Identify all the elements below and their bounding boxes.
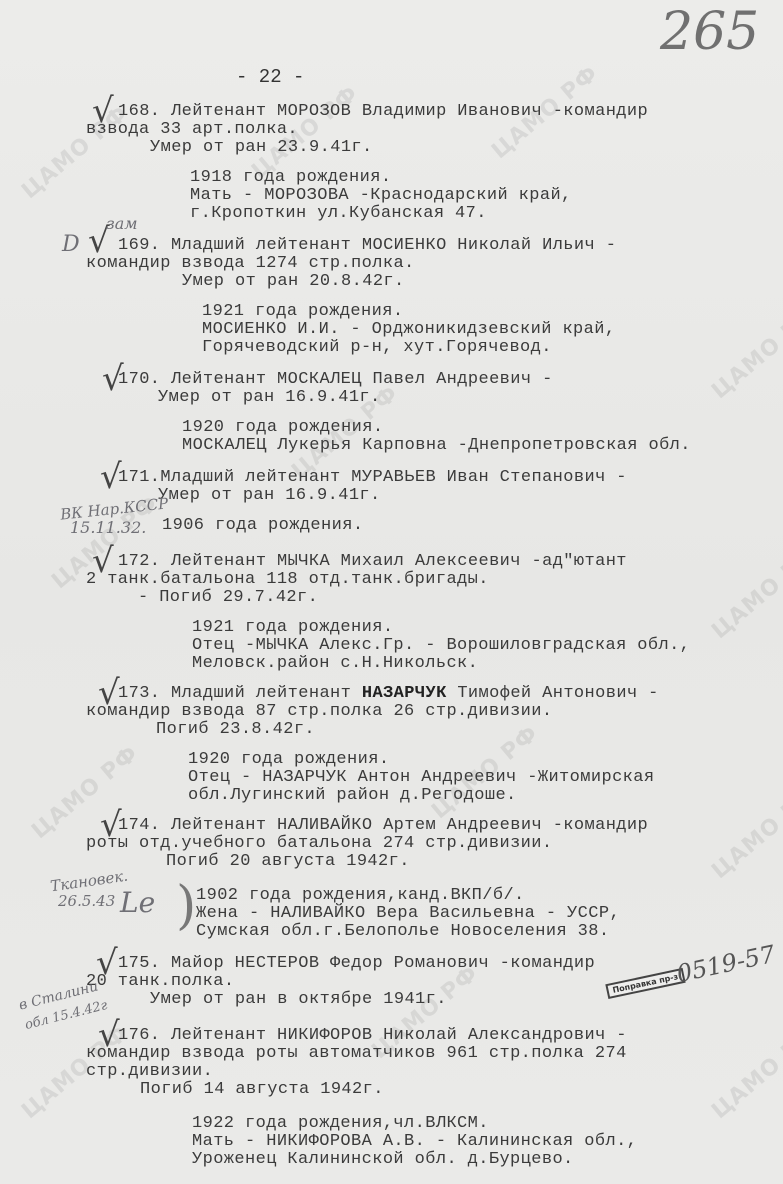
entry-172-line: 1921 года рождения.: [192, 618, 393, 637]
entry-175-line: Умер от ран в октябре 1941г.: [150, 990, 447, 1009]
entry-175: 175. Майор НЕСТЕРОВ Федор Романович -ком…: [118, 954, 595, 973]
surname-bold: НАЗАРЧУК: [362, 684, 447, 703]
entry-176-line: Погиб 14 августа 1942г.: [140, 1080, 384, 1099]
entry-174-line: Погиб 20 августа 1942г.: [166, 852, 410, 871]
entry-171-line: 1906 года рождения.: [162, 516, 363, 535]
entry-174-line: Сумская обл.г.Белополье Новоселения 38.: [196, 922, 609, 941]
entry-173: 173. Младший лейтенант НАЗАРЧУК Тимофей …: [118, 684, 659, 703]
correction-stamp: Поправка пр-з: [605, 968, 685, 999]
bracket-mark: ): [176, 876, 196, 936]
watermark: ЦАМО РФ: [707, 541, 783, 644]
entry-176-line: Уроженец Калининской обл. д.Бурцево.: [192, 1150, 574, 1169]
entry-172-line: Отец -МЫЧКА Алекс.Гр. - Ворошиловградска…: [192, 636, 690, 655]
handwritten-mark: Le: [120, 886, 155, 919]
handwritten-note: зам: [106, 214, 138, 233]
entry-174-line: роты отд.учебного батальона 274 стр.диви…: [86, 834, 552, 853]
entry-169-line: Горячеводский р-н, хут.Горячевод.: [202, 338, 552, 357]
entry-170-line: МОСКАЛЕЦ Лукерья Карповна -Днепропетровс…: [182, 436, 691, 455]
entry-172-line: 2 танк.батальона 118 отд.танк.бригады.: [86, 570, 489, 589]
archive-page-number: 265: [660, 2, 759, 62]
entry-173-line: Отец - НАЗАРЧУК Антон Андреевич -Житомир…: [188, 768, 654, 787]
handwritten-note: 26.5.43: [58, 892, 115, 910]
entry-173-line: Погиб 23.8.42г.: [156, 720, 315, 739]
entry-172-line: - Погиб 29.7.42г.: [138, 588, 318, 607]
entry-175-line: 20 танк.полка.: [86, 972, 234, 991]
entry-169: 169. Младший лейтенант МОСИЕНКО Николай …: [118, 236, 616, 255]
stamp-number: 0519-57: [674, 940, 777, 988]
handwritten-mark: D: [62, 232, 80, 257]
entry-169-line: 1921 года рождения.: [202, 302, 403, 321]
entry-172-line: Меловск.район с.Н.Никольск.: [192, 654, 478, 673]
watermark: ЦАМО РФ: [17, 101, 133, 204]
entry-174-line: Жена - НАЛИВАЙКО Вера Васильевна - УССР,: [196, 904, 620, 923]
entry-174-line: 1902 года рождения,канд.ВКП/б/.: [196, 886, 525, 905]
entry-171: 171.Младший лейтенант МУРАВЬЕВ Иван Степ…: [118, 468, 627, 487]
entry-168-line: Умер от ран 23.9.41г.: [150, 138, 373, 157]
entry-176: 176. Лейтенант НИКИФОРОВ Николай Алексан…: [118, 1026, 627, 1045]
entry-169-line: Умер от ран 20.8.42г.: [182, 272, 405, 291]
entry-172: 172. Лейтенант МЫЧКА Михаил Алексеевич -…: [118, 552, 627, 571]
entry-168-line: 1918 года рождения.: [190, 168, 391, 187]
watermark: ЦАМО РФ: [707, 781, 783, 884]
entry-173-line: 1920 года рождения.: [188, 750, 389, 769]
watermark: ЦАМО РФ: [707, 301, 783, 404]
watermark: ЦАМО РФ: [707, 1021, 783, 1124]
entry-176-line: командир взвода роты автоматчиков 961 ст…: [86, 1044, 627, 1063]
entry-176-line: Мать - НИКИФОРОВА А.В. - Калининская обл…: [192, 1132, 637, 1151]
entry-168: 168. Лейтенант МОРОЗОВ Владимир Иванович…: [118, 102, 648, 121]
entry-171-line: Умер от ран 16.9.41г.: [158, 486, 381, 505]
entry-169-line: МОСИЕНКО И.И. - Орджоникидзевский край,: [202, 320, 615, 339]
entry-169-line: командир взвода 1274 стр.полка.: [86, 254, 415, 273]
entry-170-line: Умер от ран 16.9.41г.: [158, 388, 381, 407]
entry-174: 174. Лейтенант НАЛИВАЙКО Артем Андреевич…: [118, 816, 648, 835]
entry-173-line: командир взвода 87 стр.полка 26 стр.диви…: [86, 702, 552, 721]
entry-176-line: 1922 года рождения,чл.ВЛКСМ.: [192, 1114, 489, 1133]
entry-168-line: Мать - МОРОЗОВА -Краснодарский край,: [190, 186, 572, 205]
entry-170: 170. Лейтенант МОСКАЛЕЦ Павел Андреевич …: [118, 370, 553, 389]
archive-document-page: ЦАМО РФ ЦАМО РФ ЦАМО РФ ЦАМО РФ ЦАМО РФ …: [0, 0, 783, 1184]
entry-173-line: обл.Лугинский район д.Регодоше.: [188, 786, 517, 805]
page-header: - 22 -: [236, 66, 304, 88]
entry-176-line: стр.дивизии.: [86, 1062, 213, 1081]
entry-168-line: взвода 33 арт.полка.: [86, 120, 298, 139]
handwritten-note: 15.11.32.: [70, 518, 146, 537]
entry-168-line: г.Кропоткин ул.Кубанская 47.: [190, 204, 487, 223]
entry-170-line: 1920 года рождения.: [182, 418, 383, 437]
